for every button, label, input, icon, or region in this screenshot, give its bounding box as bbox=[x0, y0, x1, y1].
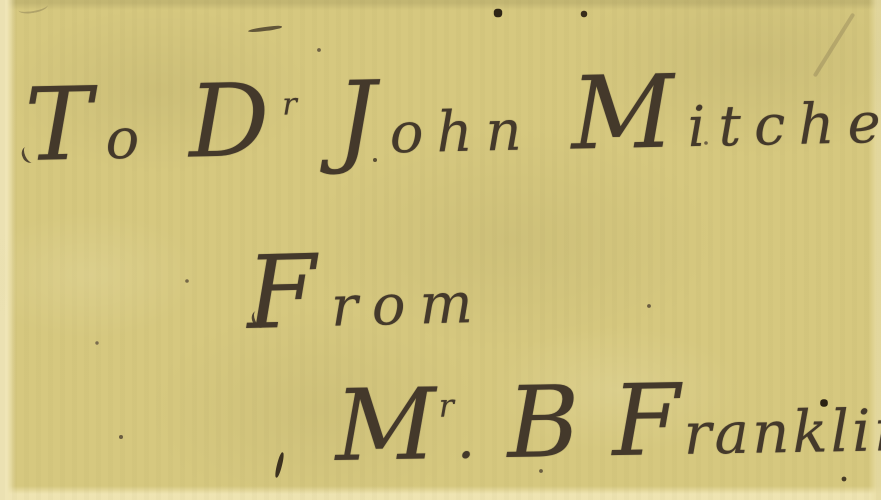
recipient-line: To Dr John Mitchel bbox=[24, 56, 881, 176]
superscript-r: r bbox=[282, 86, 299, 122]
sender-prefix: M bbox=[335, 404, 440, 474]
manuscript-scan: To Dr John Mitchel From Mr. B Franklin bbox=[0, 0, 881, 500]
from-text: From bbox=[246, 271, 487, 342]
ink-specks bbox=[0, 0, 2, 2]
from-line: From bbox=[245, 237, 487, 344]
sender-line: Mr. B Franklin bbox=[334, 368, 881, 477]
recipient-prefix: To D bbox=[25, 104, 284, 174]
sender-superscript-r: r bbox=[438, 386, 456, 424]
faint-topleft-smudge bbox=[17, 0, 48, 16]
ink-smudge-dash bbox=[248, 25, 282, 33]
recipient-name: John Mitchel bbox=[299, 90, 881, 168]
sender-name: . B Franklin bbox=[456, 396, 881, 472]
ink-mark bbox=[274, 452, 285, 478]
